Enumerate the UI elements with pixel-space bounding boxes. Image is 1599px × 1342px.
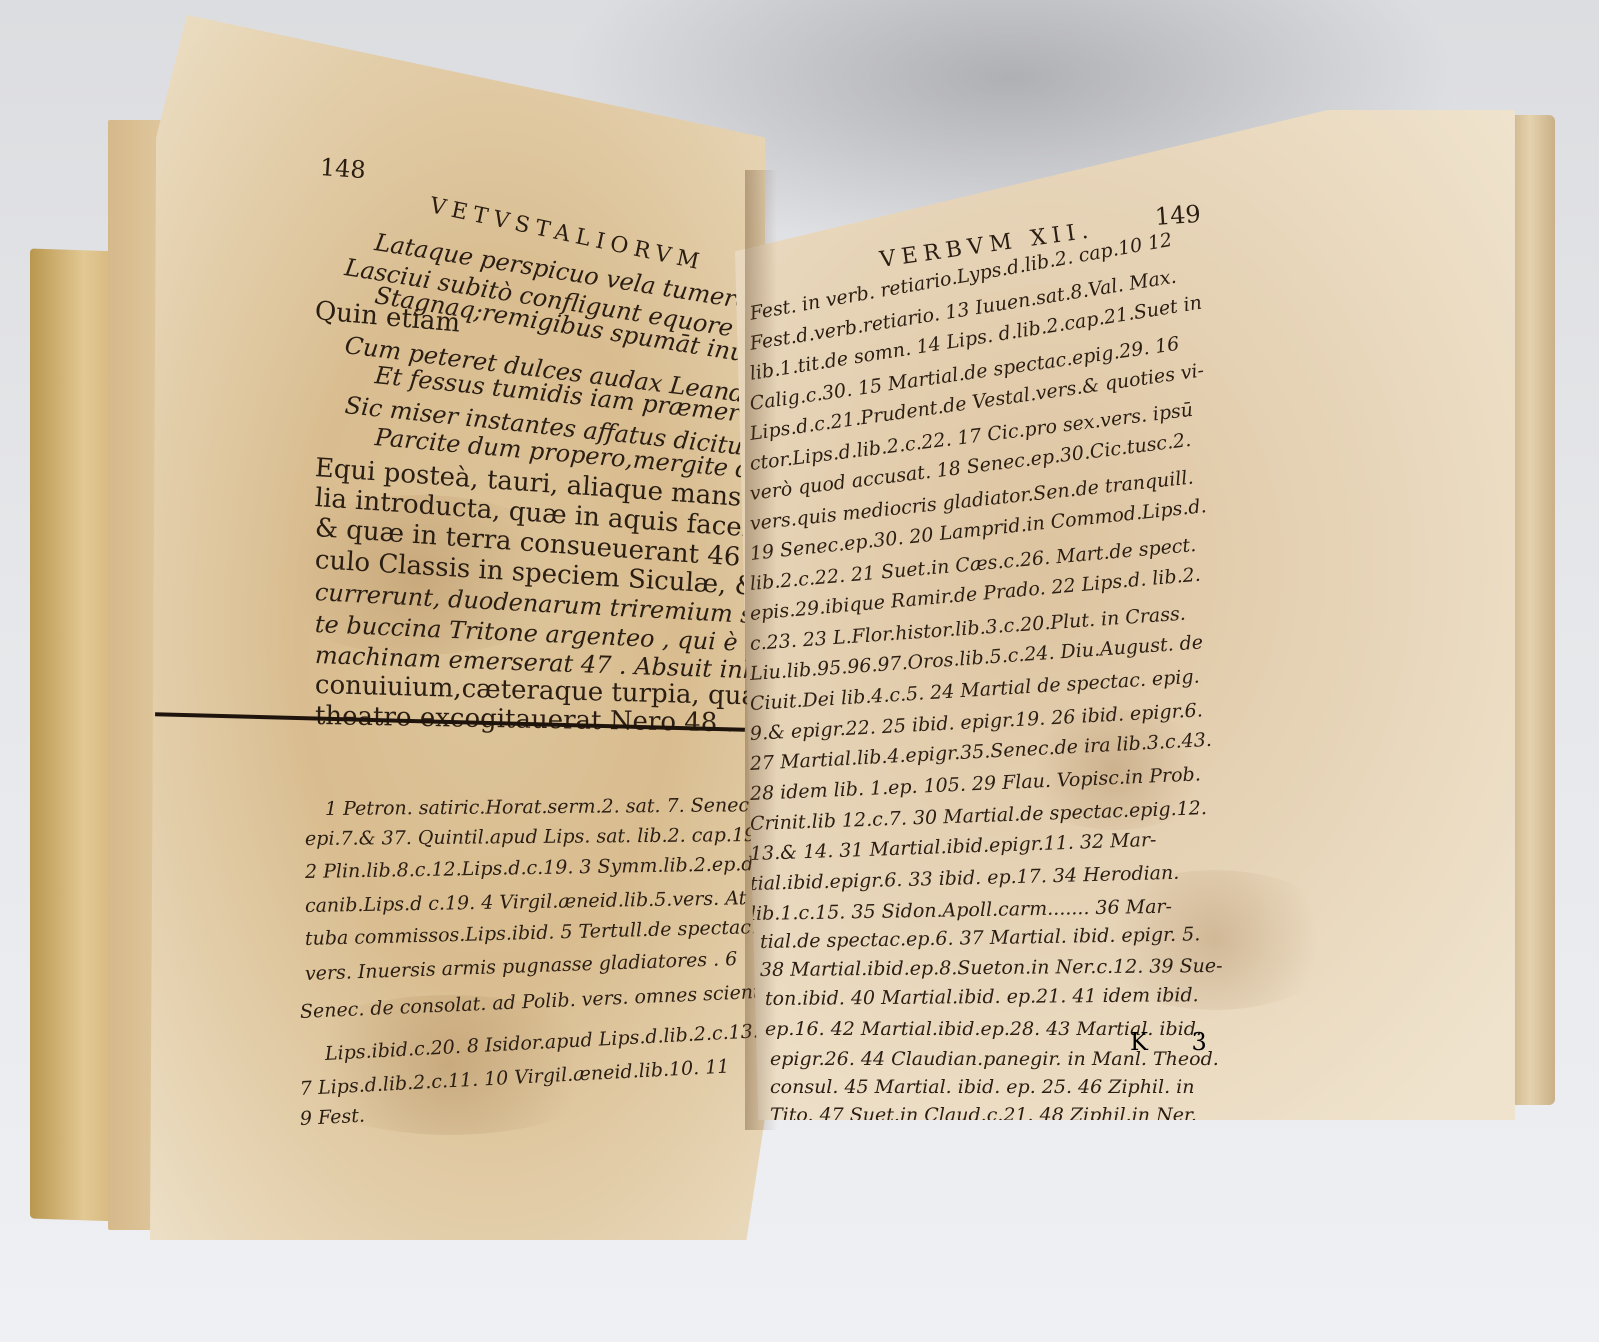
footnote-line: ton.ibid. 40 Martial.ibid. ep.21. 41 ide… [765, 986, 1199, 1009]
footnote-line: consul. 45 Martial. ibid. ep. 25. 46 Zip… [770, 1078, 1194, 1097]
signature-mark: K 3 [1130, 1028, 1225, 1056]
left-page: 148 VETVSTALIORVM Lataque perspicuo vela… [150, 15, 765, 1240]
footnote-line: canib.Lips.d c.19. 4 Virgil.æneid.lib.5.… [305, 889, 747, 916]
signature-mark-block: K 3 [1130, 1030, 1225, 1054]
footnote-line: 2 Plin.lib.8.c.12.Lips.d.c.19. 3 Symm.li… [305, 855, 765, 882]
open-book: 148 VETVSTALIORVM Lataque perspicuo vela… [0, 0, 1599, 1342]
footnote-line: 1 Petron. satiric.Horat.serm.2. sat. 7. … [325, 796, 755, 819]
footnote-line: epi.7.& 37. Quintil.apud Lips. sat. lib.… [305, 826, 762, 849]
book-gutter [745, 170, 785, 1130]
page-number: 149 [1154, 202, 1201, 229]
footnote-line: tuba commissos.Lips.ibid. 5 Tertull.de s… [305, 918, 757, 949]
page-number: 148 [319, 155, 366, 182]
footnote-line: 38 Martial.ibid.ep.8.Sueton.in Ner.c.12.… [760, 957, 1223, 980]
footnote-line: 9 Fest. [300, 1107, 366, 1129]
book-cover-edge [30, 248, 120, 1221]
footnote-line: vers. Inuersis armis pugnasse gladiatore… [305, 950, 738, 984]
footnote-line: Tito. 47 Suet.in Claud.c.21. 48 Ziphil.i… [770, 1106, 1197, 1125]
footnote-line: tial.ibid.epigr.6. 33 ibid. ep.17. 34 He… [750, 864, 1180, 894]
right-page: 149 VERBVM XII. Fest. in verb. retiario.… [735, 110, 1515, 1120]
footnote-line: 13.& 14. 31 Martial.ibid.epigr.11. 32 Ma… [750, 831, 1157, 864]
